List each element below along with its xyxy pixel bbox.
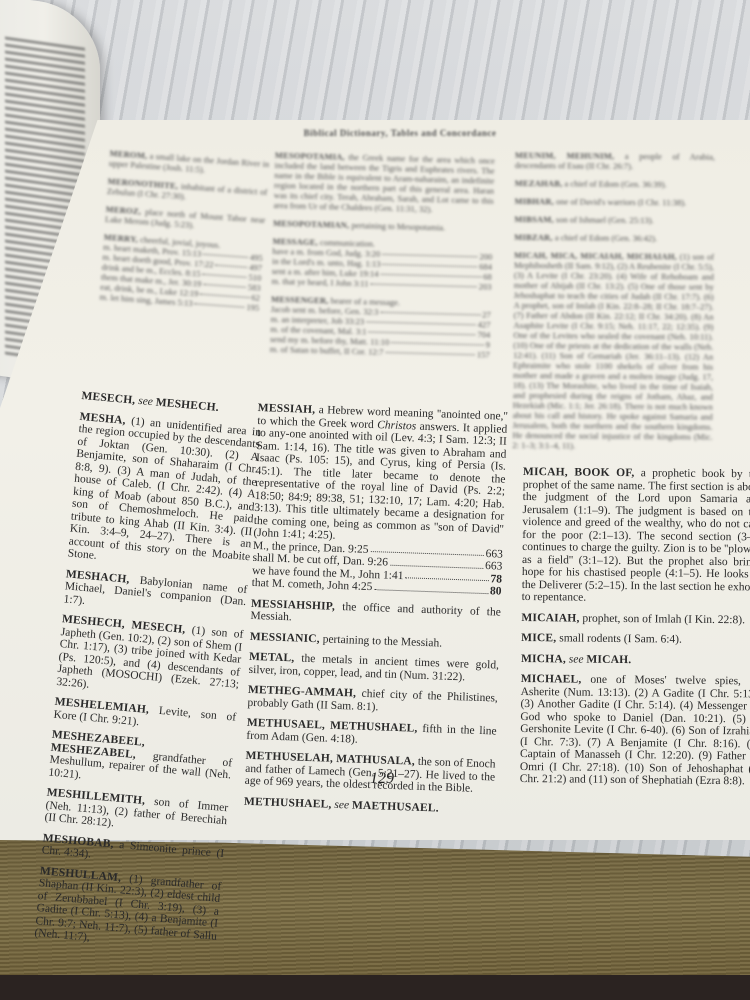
dictionary-entry: MEROZ, place north of Mount Tabor near L… <box>105 204 266 235</box>
headword: METAL, <box>249 651 295 665</box>
dictionary-entry: MICAH, BOOK OF, a prophetic book by the … <box>522 466 750 606</box>
headword: MIBSAM, <box>514 214 554 224</box>
dictionary-entry: MESHEZABEEL, MESHEZABEL, grandfather of … <box>48 729 234 795</box>
definition: pertaining to the Messiah. <box>322 633 442 649</box>
dictionary-entry: MERONOTHITE, inhabitant of a district of… <box>107 176 268 207</box>
book-cover <box>0 975 750 1000</box>
headword: MESOPOTAMIAN, <box>273 218 350 230</box>
dictionary-entry: METAL, the metals in ancient times were … <box>248 651 499 685</box>
column-2-top: MESOPOTAMIA, the Greek name for the area… <box>270 150 495 360</box>
headword: MICHA, <box>521 652 566 664</box>
dictionary-entry: MICE, small rodents (I Sam. 6:4). <box>521 632 750 647</box>
dictionary-entry: METHEG-AMMAH, chief city of the Philisti… <box>247 684 498 718</box>
page-number: 129 <box>370 770 394 788</box>
dictionary-entry: MESSIAHSHIP, the office and authority of… <box>250 597 501 631</box>
dictionary-entry: MESHA, (1) an unidentified area in the r… <box>67 410 261 575</box>
headword: MESSIANIC, <box>250 630 320 644</box>
headword: MICE, <box>521 632 556 644</box>
headword: MICAIAH, <box>521 611 579 624</box>
headword: METHUSHAEL, <box>244 795 332 810</box>
column-1-top: MEROM, a small lake on the Jordan River … <box>99 148 269 313</box>
dictionary-entry-messiah: MESSIAH, a Hebrew word meaning ''anointe… <box>253 402 508 548</box>
definition: pertaining to Mesopotamia. <box>351 220 445 232</box>
definition: a prophetic book by the prophet of the s… <box>522 467 750 603</box>
dictionary-entry: MEUNIM, MEHUNIM, a people of Arabia, des… <box>515 150 715 172</box>
headword: MEZAHAB, <box>515 178 563 188</box>
definition: small rodents (I Sam. 6:4). <box>559 632 682 645</box>
cross-reference: MAETHUSAEL. <box>352 799 439 814</box>
definition: (1) son of Japheth (Gen. 10:2), (2) son … <box>56 625 244 691</box>
column-3: MICAH, BOOK OF, a prophetic book by the … <box>520 466 750 796</box>
dictionary-entry: MICAH, MICA, MICAIAH, MICHAIAH, (1) son … <box>512 250 714 452</box>
definition: one of Moses' twelve spies, an Asherite … <box>520 674 750 788</box>
dictionary-entry: MIBSAM, son of Ishmael (Gen. 25:13). <box>514 214 714 226</box>
definition: (1) grandfather of Shaphan (II Kin. 22:3… <box>34 873 222 944</box>
dictionary-entry: MICHAEL, one of Moses' twelve spies, an … <box>520 673 750 788</box>
headword: MIBHAR, <box>515 196 555 206</box>
dictionary-entry: MESHECH, MESECH, (1) son of Japheth (Gen… <box>56 613 244 704</box>
dictionary-entry: MESHULLAM, (1) grandfather of Shaphan (I… <box>34 865 222 956</box>
dictionary-entry: MESHACH, Babylonian name of Michael, Dan… <box>63 568 248 621</box>
dictionary-entry: MESOPOTAMIA, the Greek name for the area… <box>273 150 494 216</box>
dictionary-entry: MESHILLEMITH, son of Immer (Neh. 11:13),… <box>44 786 229 839</box>
headword: MICAH, BOOK OF, <box>523 466 635 479</box>
dictionary-entry: MIBZAR, a chief of Edom (Gen. 36:42). <box>514 232 714 244</box>
dictionary-entry: METHUSHAEL, see MAETHUSAEL. <box>244 795 494 816</box>
definition: the Greek name for the area which once i… <box>273 152 495 214</box>
cross-reference: MICAH. <box>586 653 631 665</box>
dictionary-entry: MICHA, see MICAH. <box>521 652 750 667</box>
definition: prophet, son of Imlah (I Kin. 22:8). <box>582 612 745 626</box>
dictionary-entry: MIBHAR, one of David's warriors (I Chr. … <box>515 196 715 208</box>
definition: (1) an unidentified area in the region o… <box>67 415 261 563</box>
dictionary-entry: MEZAHAB, a chief of Edom (Gen. 36:39). <box>515 178 715 190</box>
headword: MIBZAR, <box>514 232 553 242</box>
dictionary-entry: METHUSAEL, METHUSHAEL, fifth in the line… <box>246 717 497 751</box>
column-3-top: MEUNIM, MEHUNIM, a people of Arabia, des… <box>512 150 715 460</box>
running-head: Biblical Dictionary, Tables and Concorda… <box>270 128 530 138</box>
headword: MICHAEL, <box>521 673 582 686</box>
column-2: MESSIAH, a Hebrew word meaning ''anointe… <box>244 402 508 824</box>
dictionary-entry: MICAIAH, prophet, son of Imlah (I Kin. 2… <box>521 611 750 626</box>
dictionary-entry: MESOPOTAMIAN, pertaining to Mesopotamia. <box>273 218 493 234</box>
dictionary-entry: MESSIANIC, pertaining to the Messiah. <box>250 630 500 651</box>
